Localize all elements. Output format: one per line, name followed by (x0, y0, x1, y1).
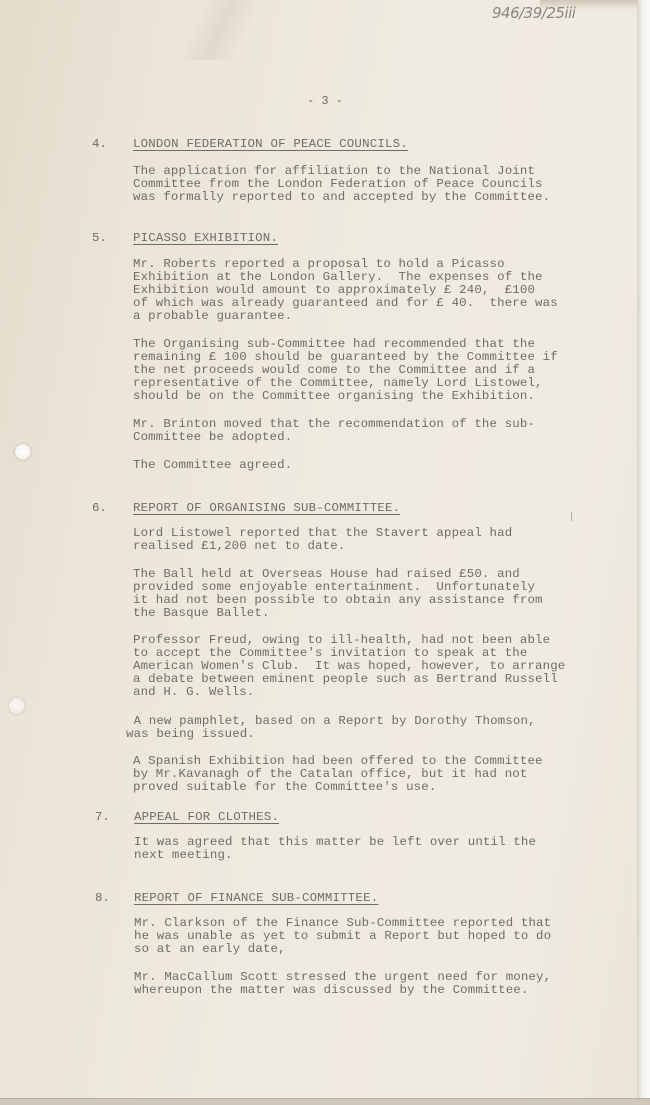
section-title: REPORT OF FINANCE SUB-COMMITTEE. (134, 891, 378, 905)
section-title: APPEAL FOR CLOTHES. (134, 810, 279, 824)
paragraph: Lord Listowel reported that the Stavert … (133, 527, 512, 553)
section-title: LONDON FEDERATION OF PEACE COUNCILS. (133, 137, 408, 151)
section-title: PICASSO EXHIBITION. (133, 231, 278, 245)
paragraph: Professor Freud, owing to ill-health, ha… (133, 634, 565, 699)
section-number: 7. (95, 810, 110, 824)
paragraph: Mr. MacCallum Scott stressed the urgent … (134, 971, 551, 997)
section-number: 5. (92, 231, 107, 245)
paragraph: The Ball held at Overseas House had rais… (133, 568, 543, 620)
punch-hole (15, 444, 31, 460)
punch-hole (9, 698, 25, 714)
section-number: 6. (92, 501, 107, 515)
paragraph: Mr. Clarkson of the Finance Sub-Committe… (134, 917, 551, 956)
archive-reference-number: 946/39/25iii (492, 4, 575, 22)
paragraph: Mr. Brinton moved that the recommendatio… (133, 418, 535, 444)
paragraph: A new pamphlet, based on a Report by Dor… (126, 715, 536, 741)
section-number: 4. (92, 137, 107, 151)
stray-pencil-mark (571, 512, 572, 521)
section-number: 8. (95, 891, 110, 905)
paragraph: The application for affiliation to the N… (133, 165, 550, 204)
document-page: 946/39/25iii - 3 - 4. LONDON FEDERATION … (0, 0, 637, 1100)
paragraph: Mr. Roberts reported a proposal to hold … (133, 258, 558, 323)
section-title: REPORT OF ORGANISING SUB-COMMITTEE. (133, 501, 400, 515)
page-number: - 3 - (0, 94, 650, 108)
paragraph: The Organising sub-Committee had recomme… (133, 338, 558, 403)
paragraph: It was agreed that this matter be left o… (134, 836, 536, 862)
page-bottom-edge (0, 1098, 650, 1105)
page-edge (637, 0, 650, 1105)
paragraph: A Spanish Exhibition had been offered to… (133, 755, 543, 794)
paragraph: The Committee agreed. (133, 459, 292, 472)
